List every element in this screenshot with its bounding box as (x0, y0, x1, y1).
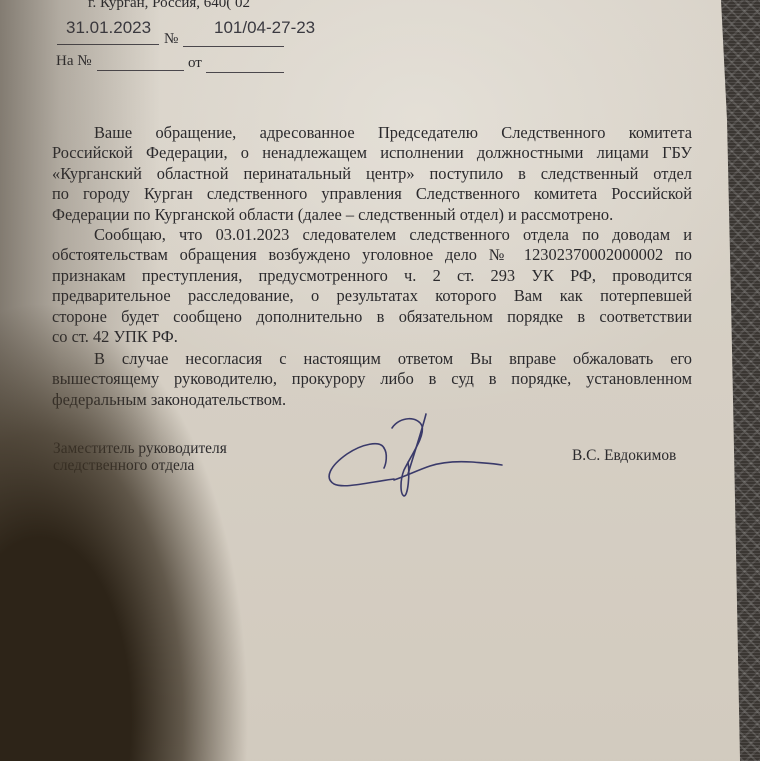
paragraph-line: вышестоящему руководителю, прокурору либ… (52, 369, 692, 389)
paragraph-line: обстоятельствам обращения возбуждено уго… (52, 245, 692, 265)
header-address: г. Курган, Россия, 640( 02 (88, 0, 250, 12)
signatory-title-line2: следственного отдела (53, 457, 227, 474)
paragraph-line: «Курганский областной перинатальный цент… (52, 164, 692, 184)
number-label: № (164, 31, 178, 48)
date-underline (57, 44, 159, 45)
paragraph-line: со ст. 42 УПК РФ. (52, 327, 692, 347)
paragraph-line: признакам преступления, предусмотренного… (52, 266, 692, 286)
paragraph-line: Федерации по Курганской области (далее –… (52, 205, 692, 225)
letter-paper: г. Курган, Россия, 640( 02 31.01.2023 № … (0, 0, 760, 761)
outgoing-number: 101/04-27-23 (214, 18, 315, 38)
signature-icon (322, 404, 512, 504)
letter-content: г. Курган, Россия, 640( 02 31.01.2023 № … (0, 0, 760, 761)
paragraph-line: Российской Федерации, о ненадлежащем исп… (52, 143, 692, 163)
reference-number-underline (97, 70, 184, 71)
paragraph-line: предварительное расследование, о результ… (52, 286, 692, 306)
paragraph-line: В случае несогласия с настоящим ответом … (52, 349, 692, 369)
signatory-title: Заместитель руководителя следственного о… (53, 440, 227, 474)
paragraph-line: Ваше обращение, адресованное Председател… (52, 123, 692, 143)
reference-date-underline (206, 72, 284, 73)
paragraph-1: Ваше обращение, адресованное Председател… (52, 123, 692, 225)
paragraph-line: стороне будет сообщено дополнительно в о… (52, 307, 692, 327)
signatory-title-line1: Заместитель руководителя (53, 440, 227, 457)
paragraph-line: Сообщаю, что 03.01.2023 следователем сле… (52, 225, 692, 245)
paragraph-2: Сообщаю, что 03.01.2023 следователем сле… (52, 225, 692, 347)
number-underline (183, 46, 284, 47)
reference-from-label: от (188, 55, 202, 72)
paragraph-line: по городу Курган следственного управлени… (52, 184, 692, 204)
outgoing-date: 31.01.2023 (66, 18, 151, 38)
paragraph-3: В случае несогласия с настоящим ответом … (52, 349, 692, 410)
reference-label: На № (56, 53, 92, 70)
signatory-name: В.С. Евдокимов (572, 447, 676, 465)
